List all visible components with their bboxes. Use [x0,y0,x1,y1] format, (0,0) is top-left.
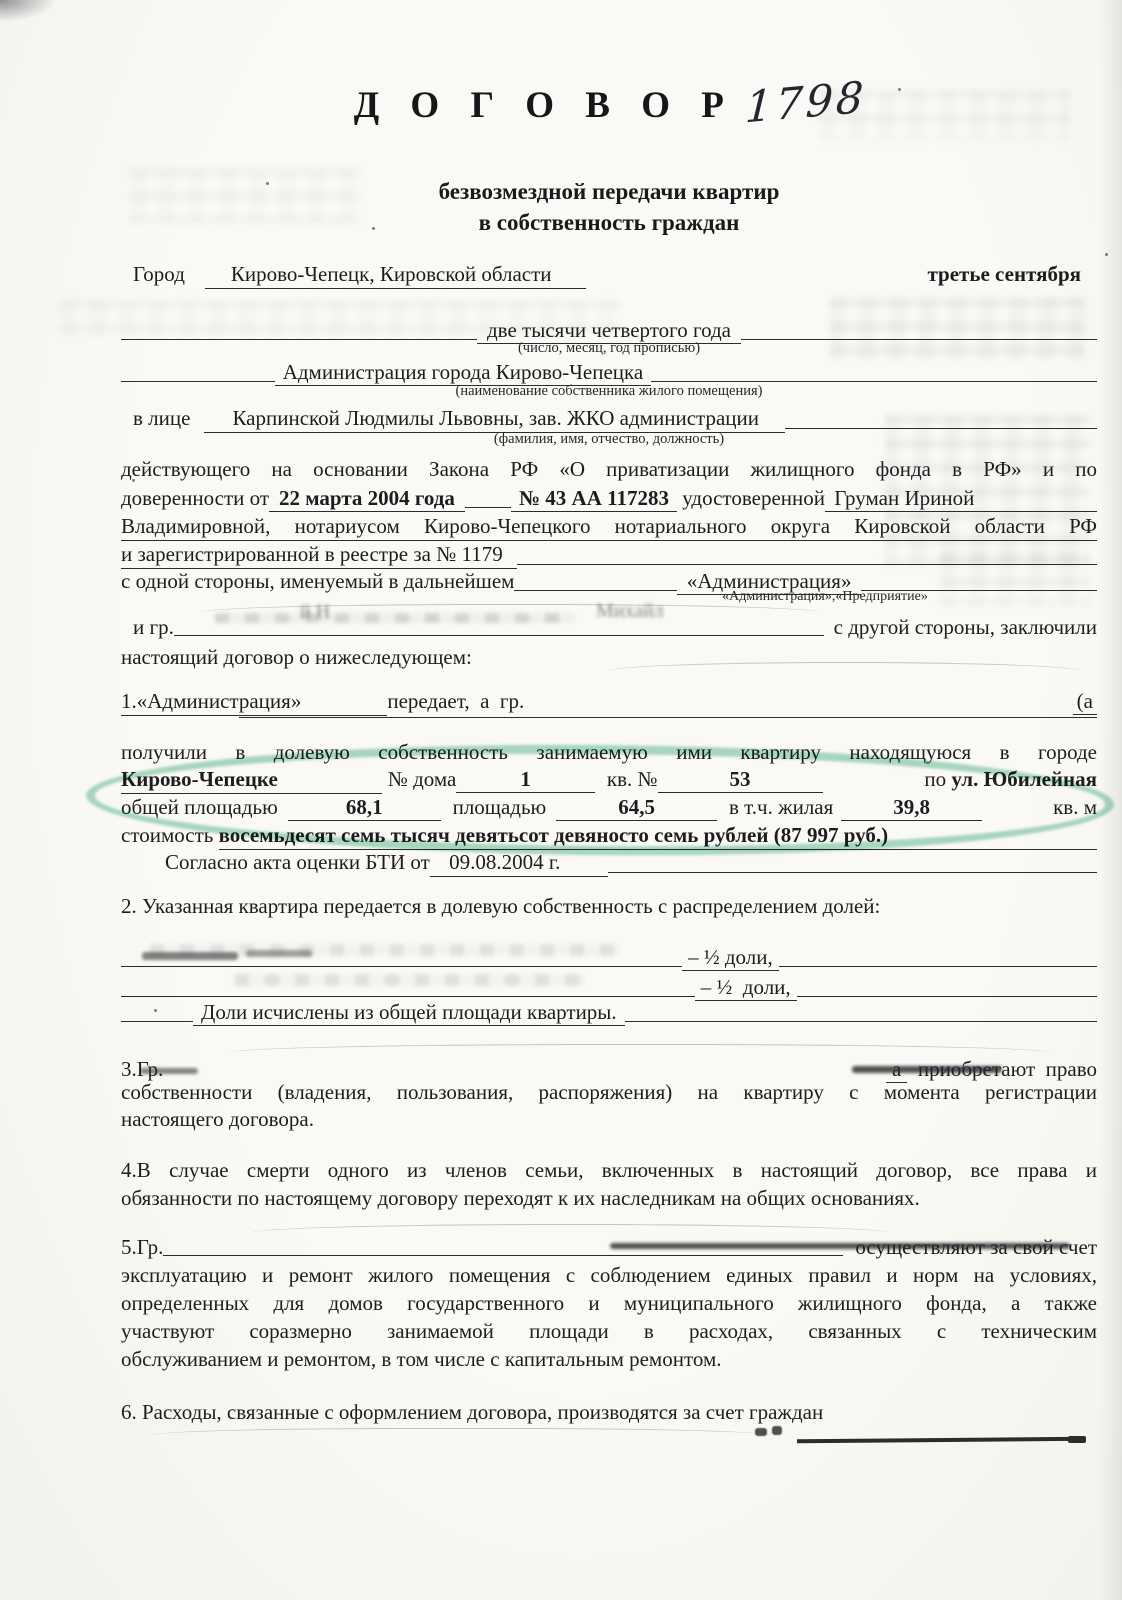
erasure-mark [230,1044,1050,1061]
dust-speck [753,467,756,470]
section3-line-3: настоящего договора. [121,1106,1097,1132]
city-label: Город [133,261,185,287]
document-subtitle: безвозмездной передачи квартир в собстве… [0,176,1122,238]
dust-speck [706,424,709,427]
section3-line-2: собственности (владения, пользования, ра… [121,1079,1097,1105]
section6-line-1: 6. Расходы, связанные с оформлением дого… [121,1399,1097,1425]
subtitle-line-1: безвозмездной передачи квартир [96,176,1122,207]
in-person-value: Карпинской Людмилы Львовны, зав. ЖКО адм… [204,405,785,433]
owner-caption: (наименование собственника жилого помеще… [121,383,1097,400]
continuation-line-row [121,712,1097,722]
bottom-ink-line-end [1068,1436,1086,1443]
bti-label: Согласно акта оценки БТИ от [165,849,430,875]
first-party-label: с одной стороны, именуемый в дальнейшем [121,568,514,594]
section5-line-5: обслуживанием и ремонтом, в том числе с … [121,1346,1097,1372]
preamble-line-3: Владимировной, нотариусом Кирово-Чепецко… [121,513,1097,541]
redacted-tail: (а [1073,688,1097,715]
section5-line-2: эксплуатацию и ремонт жилого помещения с… [121,1262,1097,1288]
erasure-mark [250,1224,890,1243]
contract-number-handwritten: 1798 [744,72,868,133]
section2-head: 2. Указанная квартира передается в долев… [121,893,1097,919]
section5-line-4: участвуют соразмерно занимаемой площади … [121,1318,1097,1344]
notary-name: Груман Ириной [825,485,1097,512]
first-party-row: с одной стороны, именуемый в дальнейшем … [121,568,1097,595]
ink-mark [772,1426,782,1435]
poa-mid: удостоверенной [677,485,825,511]
redaction-scribble [140,1068,198,1074]
poa-date: 22 марта 2004 года [269,485,465,512]
subtitle-line-2: в собственность граждан [96,207,1122,238]
citizens-right-text: с другой стороны, заключили [834,614,1097,640]
document-title: Д О Г О В О Р [354,84,735,127]
in-person-row: в лице Карпинской Людмилы Львовны, зав. … [121,405,1097,433]
poa-number: № 43 АА 117283 [511,485,677,512]
in-person-label: в лице [133,405,190,431]
first-party-caption: «Администрация»,«Предприятие» [705,589,945,605]
erasure-mark [150,1428,770,1443]
section4-line-1: 4.В случае смерти одного из членов семьи… [121,1157,1097,1183]
redaction-smudge [150,944,620,956]
section1-head-mid: передает, а гр. [387,688,524,714]
share-2-value: – ½ доли, [695,974,797,1001]
scan-corner-smudge [0,0,56,22]
city-value: Кирово-Чепецк, Кировской области [205,261,586,289]
power-of-attorney-row: доверенности от 22 марта 2004 года № 43 … [121,485,1097,512]
registry-text: и зарегистрированной в реестре за № 1179 [121,541,517,569]
shares-note-row: Доли исчислены из общей площади квартиры… [121,999,1097,1026]
preamble-line-1: действующего на основании Закона РФ «О п… [121,456,1097,482]
date-right-value: третье сентября [927,261,1081,287]
redaction-scribble [610,1243,1070,1249]
city-row: Город Кирово-Чепецк, Кировской области т… [121,261,1097,289]
dust-speck [898,88,901,91]
dust-speck [1105,253,1108,256]
scanned-contract-page: Д О Г О В О Р 1798 безвозмездной передач… [0,0,1122,1600]
dust-speck [266,182,269,185]
share-1-value: – ½ доли, [682,944,779,971]
poa-label: доверенности от [121,485,269,511]
owner-value: Администрация города Кирово-Чепецка [275,359,652,386]
redaction-scribble [852,1066,1002,1073]
section5-label: 5.Гр. [121,1234,163,1260]
shares-note: Доли исчислены из общей площади квартиры… [193,999,625,1026]
section5-line-3: определенных для домов государственного … [121,1290,1097,1316]
person-caption: (фамилия, имя, отчество, должность) [121,431,1097,448]
redaction-smudge [215,613,575,623]
owner-row: Администрация города Кирово-Чепецка [121,359,1097,386]
redaction-smudge [235,974,585,986]
dust-speck [372,227,375,230]
dust-speck [154,1009,157,1012]
title-row: Д О Г О В О Р 1798 [0,84,1122,134]
registry-row: и зарегистрированной в реестре за № 1179 [121,541,1097,569]
dust-speck [132,479,135,482]
citizens-label: и гр. [133,614,174,640]
section4-line-2: обязанности по настоящему договору перех… [121,1185,1097,1211]
bottom-ink-line [797,1437,1085,1444]
ink-mark [755,1428,767,1436]
date-caption: (число, месяц, год прописью) [121,340,1097,357]
erasure-mark [610,662,1080,681]
